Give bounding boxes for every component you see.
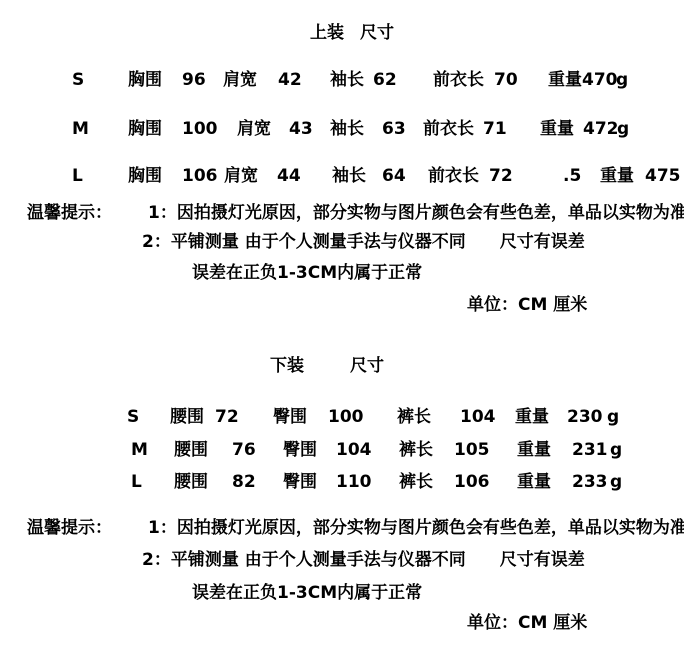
- weight-value: 231: [572, 440, 608, 460]
- chest-label: 胸围: [128, 119, 162, 139]
- top-title-size-text: 尺寸: [360, 23, 394, 43]
- tips-text-3: 误差在正负1-3CM内属于正常: [192, 263, 422, 283]
- unit-text: 单位：CM 厘米: [467, 295, 587, 315]
- sleeve-value: 63: [382, 119, 406, 139]
- weight-value: 472: [583, 119, 619, 139]
- pants-length-value: 106: [454, 472, 490, 492]
- front-length-value: 72: [489, 166, 513, 186]
- sleeve-value: 62: [373, 70, 397, 90]
- chest-value: 106: [182, 166, 218, 186]
- shoulder-value: 43: [289, 119, 313, 139]
- top-section-title: 上装 尺寸: [0, 23, 684, 45]
- pants-length-value: 105: [454, 440, 490, 460]
- weight-unit: g: [617, 119, 629, 139]
- top-tips-line3: 误差在正负1-3CM内属于正常: [0, 263, 684, 285]
- front-length-value: 70: [494, 70, 518, 90]
- weight-label: 重量: [540, 119, 574, 139]
- waist-label: 腰围: [174, 440, 208, 460]
- size-label: L: [72, 166, 83, 186]
- weight-value: 230: [567, 407, 603, 427]
- sleeve-label: 袖长: [332, 166, 366, 186]
- tips-text-3: 误差在正负1-3CM内属于正常: [192, 583, 422, 603]
- tips-text-2: 2：平铺测量 由于个人测量手法与仪器不同 尺寸有误差: [142, 550, 585, 570]
- weight-label: 重量: [517, 440, 551, 460]
- hip-value: 104: [336, 440, 372, 460]
- chest-label: 胸围: [128, 70, 162, 90]
- shoulder-value: 44: [277, 166, 301, 186]
- size-label: M: [131, 440, 148, 460]
- sleeve-label: 袖长: [330, 70, 364, 90]
- front-length-label: 前衣长: [433, 70, 484, 90]
- sleeve-value: 64: [382, 166, 406, 186]
- hip-value: 100: [328, 407, 364, 427]
- chest-value: 100: [182, 119, 218, 139]
- bottom-unit-line: 单位：CM 厘米: [0, 613, 684, 635]
- bottom-tips-line1: 温馨提示： 1：因拍摄灯光原因，部分实物与图片颜色会有些色差，单品以实物为准。: [0, 518, 684, 540]
- size-label: S: [72, 70, 84, 90]
- chest-value: 96: [182, 70, 206, 90]
- top-size-row-s: S 胸围 96 肩宽 42 袖长 62 前衣长 70 重量470 g: [0, 70, 684, 92]
- pants-length-value: 104: [460, 407, 496, 427]
- tips-text-1: 1：因拍摄灯光原因，部分实物与图片颜色会有些色差，单品以实物为准。: [148, 203, 684, 223]
- top-tips-line1: 温馨提示： 1：因拍摄灯光原因，部分实物与图片颜色会有些色差，单品以实物为准。: [0, 203, 684, 225]
- weight-label: 重量: [515, 407, 549, 427]
- shoulder-label: 肩宽: [237, 119, 271, 139]
- bottom-title-size-text: 尺寸: [350, 356, 384, 376]
- chest-label: 胸围: [128, 166, 162, 186]
- front-length-label: 前衣长: [428, 166, 479, 186]
- top-size-row-m: M 胸围 100 肩宽 43 袖长 63 前衣长 71 重量 472 g: [0, 119, 684, 141]
- waist-label: 腰围: [170, 407, 204, 427]
- size-label: L: [131, 472, 142, 492]
- bottom-title-text: 下装: [270, 356, 304, 376]
- pants-length-label: 裤长: [399, 440, 433, 460]
- waist-value: 82: [232, 472, 256, 492]
- bottom-tips-line2: 2：平铺测量 由于个人测量手法与仪器不同 尺寸有误差: [0, 550, 684, 572]
- tips-label: 温馨提示：: [27, 203, 112, 223]
- pants-length-label: 裤长: [399, 472, 433, 492]
- hip-label: 臀围: [273, 407, 307, 427]
- bottom-section-title: 下装 尺寸: [0, 356, 684, 378]
- shoulder-label: 肩宽: [224, 166, 258, 186]
- weight-unit: g: [616, 70, 628, 90]
- hip-label: 臀围: [283, 440, 317, 460]
- weight-value: 233: [572, 472, 608, 492]
- bottom-size-row-s: S 腰围 72 臀围 100 裤长 104 重量 230 g: [0, 407, 684, 429]
- extra-decimal: .5: [563, 166, 581, 186]
- waist-value: 76: [232, 440, 256, 460]
- size-label: M: [72, 119, 89, 139]
- top-size-row-l: L 胸围 106 肩宽 44 袖长 64 前衣长 72 .5 重量 475: [0, 166, 684, 188]
- shoulder-label: 肩宽: [223, 70, 257, 90]
- tips-label: 温馨提示：: [27, 518, 112, 538]
- unit-text: 单位：CM 厘米: [467, 613, 587, 633]
- weight-label-value: 重量470: [548, 70, 618, 90]
- weight-unit: g: [610, 472, 622, 492]
- weight-unit: g: [607, 407, 619, 427]
- weight-label: 重量: [600, 166, 634, 186]
- front-length-label: 前衣长: [423, 119, 474, 139]
- pants-length-label: 裤长: [397, 407, 431, 427]
- weight-unit: g: [610, 440, 622, 460]
- waist-label: 腰围: [174, 472, 208, 492]
- weight-label: 重量: [517, 472, 551, 492]
- weight-value: 475: [645, 166, 681, 186]
- bottom-size-row-l: L 腰围 82 臀围 110 裤长 106 重量 233 g: [0, 472, 684, 494]
- size-label: S: [127, 407, 139, 427]
- top-title-text: 上装: [310, 23, 344, 43]
- tips-text-2: 2：平铺测量 由于个人测量手法与仪器不同 尺寸有误差: [142, 232, 585, 252]
- bottom-size-row-m: M 腰围 76 臀围 104 裤长 105 重量 231 g: [0, 440, 684, 462]
- front-length-value: 71: [483, 119, 507, 139]
- waist-value: 72: [215, 407, 239, 427]
- sleeve-label: 袖长: [330, 119, 364, 139]
- shoulder-value: 42: [278, 70, 302, 90]
- hip-value: 110: [336, 472, 372, 492]
- top-unit-line: 单位：CM 厘米: [0, 295, 684, 317]
- bottom-tips-line3: 误差在正负1-3CM内属于正常: [0, 583, 684, 605]
- tips-text-1: 1：因拍摄灯光原因，部分实物与图片颜色会有些色差，单品以实物为准。: [148, 518, 684, 538]
- top-tips-line2: 2：平铺测量 由于个人测量手法与仪器不同 尺寸有误差: [0, 232, 684, 254]
- hip-label: 臀围: [283, 472, 317, 492]
- size-chart-document: 上装 尺寸 S 胸围 96 肩宽 42 袖长 62 前衣长 70 重量470 g…: [0, 0, 684, 657]
